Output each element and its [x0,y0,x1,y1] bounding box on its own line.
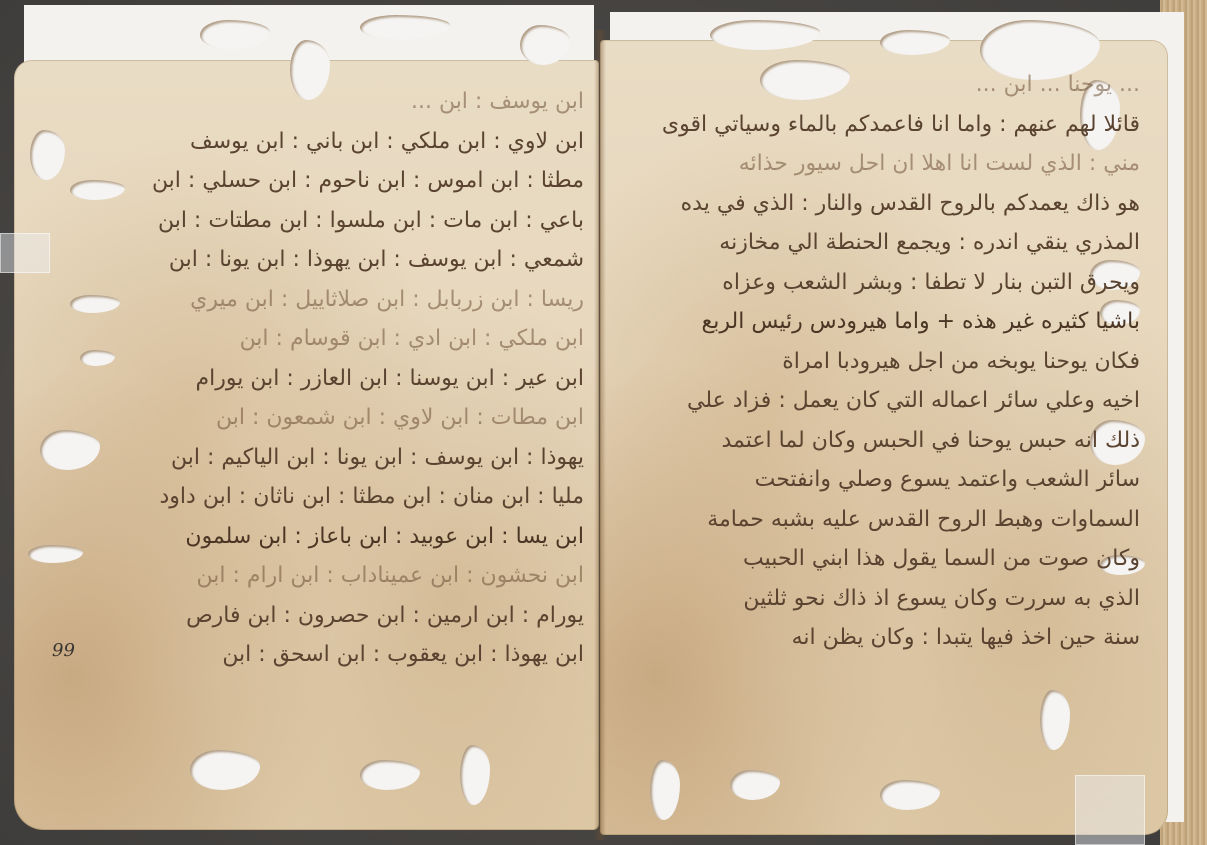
text-line: مني : الذي لست انا اهلا ان احل سيور حذائ… [610,144,1140,184]
text-line: ابن مطات : ابن لاوي : ابن شمعون : ابن [120,398,584,438]
repair-tape [0,233,50,273]
text-line: ويحرق التبن بنار لا تطفا : وبشر الشعب وع… [610,263,1140,303]
text-line: السماوات وهبط الروح القدس عليه بشبه حمام… [610,500,1140,540]
text-line: يورام : ابن ارمين : ابن حصرون : ابن فارص [120,596,584,636]
text-line: مليا : ابن منان : ابن مطثا : ابن ناثان :… [120,477,584,517]
text-line: ابن عير : ابن يوسنا : ابن العازر : ابن ي… [120,359,584,399]
text-line: سائر الشعب واعتمد يسوع وصلي وانفتحت [610,460,1140,500]
text-line: ابن لاوي : ابن ملكي : ابن باني : ابن يوس… [120,122,584,162]
text-line: ابن ملكي : ابن ادي : ابن قوسام : ابن [120,319,584,359]
text-line: هو ذاك يعمدكم بالروح القدس والنار : الذي… [610,184,1140,224]
text-line: ريسا : ابن زربابل : ابن صلاثاييل : ابن م… [120,280,584,320]
text-line: ابن يسا : ابن عوبيد : ابن باعاز : ابن سل… [120,517,584,557]
folio-number: 99 [52,640,75,661]
text-line: ابن يوسف : ابن ... [120,82,584,122]
text-line: باشيا كثيره غير هذه + واما هيرودس رئيس ا… [610,302,1140,342]
text-line: يهوذا : ابن يوسف : ابن يونا : ابن الياكي… [120,438,584,478]
text-line: الذي به سررت وكان يسوع اذ ذاك نحو ثلثين [610,579,1140,619]
text-line: فكان يوحنا يوبخه من اجل هيرودبا امراة [610,342,1140,382]
text-line: مطثا : ابن اموس : ابن ناحوم : ابن حسلي :… [120,161,584,201]
text-line: ذلك انه حبس يوحنا في الحبس وكان لما اعتم… [610,421,1140,461]
text-line: وكان صوت من السما يقول هذا ابني الحبيب [610,539,1140,579]
text-line: ... يوحنا ... ابن ... [610,65,1140,105]
book-gutter [594,30,606,840]
text-line: اخيه وعلي سائر اعماله التي كان يعمل : فز… [610,381,1140,421]
text-line: شمعي : ابن يوسف : ابن يهوذا : ابن يونا :… [120,240,584,280]
text-line: قائلا لهم عنهم : واما انا فاعمدكم بالماء… [610,105,1140,145]
text-line: ابن نحشون : ابن عميناداب : ابن ارام : اب… [120,556,584,596]
text-line: سنة حين اخذ فيها يتبدا : وكان يظن انه [610,618,1140,658]
repair-tape [1075,775,1145,845]
left-page-text: ابن يوسف : ابن ... ابن لاوي : ابن ملكي :… [120,82,584,675]
right-page-text: ... يوحنا ... ابن ... قائلا لهم عنهم : و… [610,65,1140,658]
text-line: ابن يهوذا : ابن يعقوب : ابن اسحق : ابن [120,635,584,675]
text-line: المذري ينقي اندره : ويجمع الحنطة الي مخا… [610,223,1140,263]
text-line: باعي : ابن مات : ابن ملسوا : ابن مطتات :… [120,201,584,241]
